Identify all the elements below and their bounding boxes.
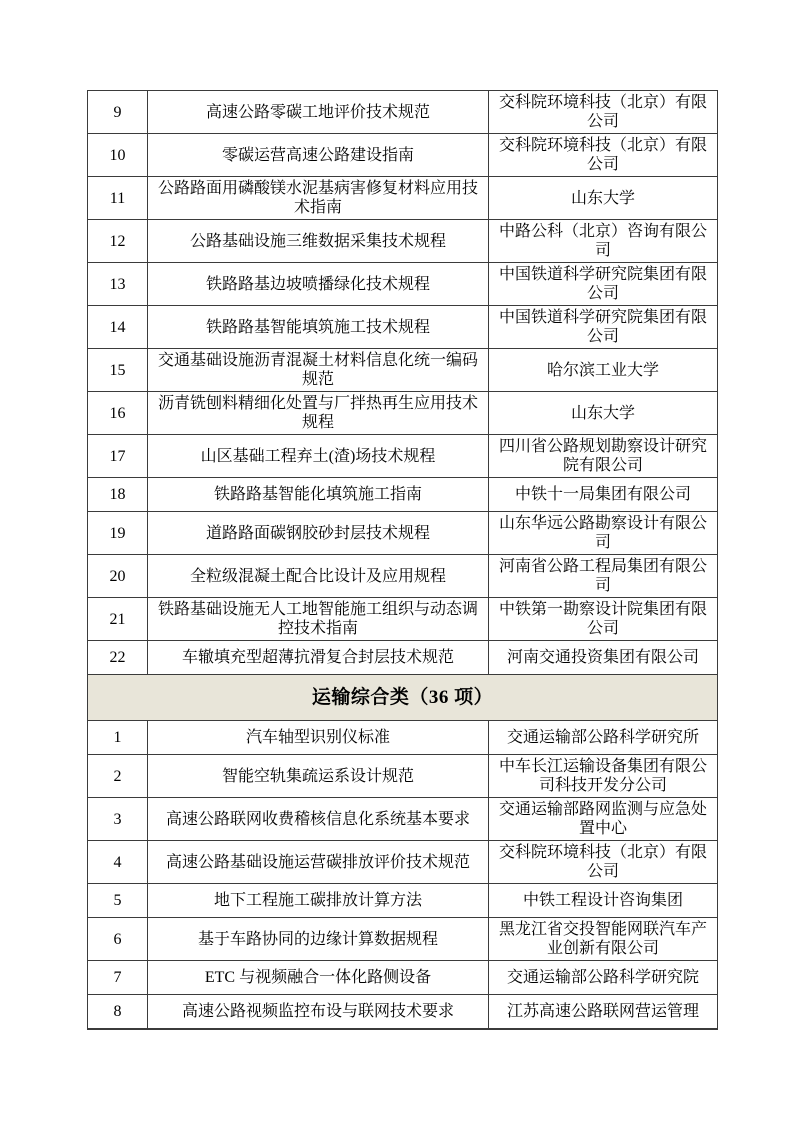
table-row: 8 高速公路视频监控布设与联网技术要求 江苏高速公路联网营运管理: [88, 995, 718, 1029]
standard-name-cell: 高速公路视频监控布设与联网技术要求: [148, 995, 489, 1029]
table-row: 6 基于车路协同的边缘计算数据规程 黑龙江省交投智能网联汽车产业创新有限公司: [88, 918, 718, 961]
row-number-cell: 21: [88, 598, 148, 641]
standard-name-cell: 公路路面用磷酸镁水泥基病害修复材料应用技术指南: [148, 177, 489, 220]
row-number-cell: 10: [88, 134, 148, 177]
table-row: 5 地下工程施工碳排放计算方法 中铁工程设计咨询集团: [88, 884, 718, 918]
table-row: 17 山区基础工程弃土(渣)场技术规程 四川省公路规划勘察设计研究院有限公司: [88, 435, 718, 478]
organization-cell: 中铁十一局集团有限公司: [489, 478, 718, 512]
table-row: 14 铁路路基智能填筑施工技术规程 中国铁道科学研究院集团有限公司: [88, 306, 718, 349]
table-row: 1 汽车轴型识别仪标准 交通运输部公路科学研究所: [88, 721, 718, 755]
table-row: 12 公路基础设施三维数据采集技术规程 中路公科（北京）咨询有限公司: [88, 220, 718, 263]
organization-cell: 交通运输部公路科学研究所: [489, 721, 718, 755]
organization-cell: 中国铁道科学研究院集团有限公司: [489, 263, 718, 306]
table-row: 11 公路路面用磷酸镁水泥基病害修复材料应用技术指南 山东大学: [88, 177, 718, 220]
table-row: 9 高速公路零碳工地评价技术规范 交科院环境科技（北京）有限公司: [88, 91, 718, 134]
row-number-cell: 20: [88, 555, 148, 598]
row-number-cell: 14: [88, 306, 148, 349]
row-number-cell: 17: [88, 435, 148, 478]
row-number-cell: 1: [88, 721, 148, 755]
standard-name-cell: ETC 与视频融合一体化路侧设备: [148, 961, 489, 995]
standard-name-cell: 全粒级混凝土配合比设计及应用规程: [148, 555, 489, 598]
row-number-cell: 12: [88, 220, 148, 263]
organization-cell: 中国铁道科学研究院集团有限公司: [489, 306, 718, 349]
row-number-cell: 7: [88, 961, 148, 995]
organization-cell: 河南交通投资集团有限公司: [489, 641, 718, 675]
table-row: 16 沥青铣刨料精细化处置与厂拌热再生应用技术规程 山东大学: [88, 392, 718, 435]
row-number-cell: 18: [88, 478, 148, 512]
row-number-cell: 2: [88, 755, 148, 798]
standard-name-cell: 公路基础设施三维数据采集技术规程: [148, 220, 489, 263]
table-row: 7 ETC 与视频融合一体化路侧设备 交通运输部公路科学研究院: [88, 961, 718, 995]
standard-name-cell: 铁路基础设施无人工地智能施工组织与动态调控技术指南: [148, 598, 489, 641]
standard-name-cell: 地下工程施工碳排放计算方法: [148, 884, 489, 918]
organization-cell: 山东大学: [489, 392, 718, 435]
standard-name-cell: 智能空轨集疏运系设计规范: [148, 755, 489, 798]
standard-name-cell: 零碳运营高速公路建设指南: [148, 134, 489, 177]
table-row: 21 铁路基础设施无人工地智能施工组织与动态调控技术指南 中铁第一勘察设计院集团…: [88, 598, 718, 641]
organization-cell: 中铁工程设计咨询集团: [489, 884, 718, 918]
organization-cell: 交科院环境科技（北京）有限公司: [489, 134, 718, 177]
standard-name-cell: 汽车轴型识别仪标准: [148, 721, 489, 755]
standard-name-cell: 交通基础设施沥青混凝土材料信息化统一编码规范: [148, 349, 489, 392]
standards-table: 9 高速公路零碳工地评价技术规范 交科院环境科技（北京）有限公司 10 零碳运营…: [87, 90, 718, 1030]
table-row: 18 铁路路基智能化填筑施工指南 中铁十一局集团有限公司: [88, 478, 718, 512]
row-number-cell: 22: [88, 641, 148, 675]
table-row: 15 交通基础设施沥青混凝土材料信息化统一编码规范 哈尔滨工业大学: [88, 349, 718, 392]
table-row: 22 车辙填充型超薄抗滑复合封层技术规范 河南交通投资集团有限公司: [88, 641, 718, 675]
row-number-cell: 9: [88, 91, 148, 134]
organization-cell: 哈尔滨工业大学: [489, 349, 718, 392]
organization-cell: 交通运输部路网监测与应急处置中心: [489, 798, 718, 841]
section-continued-body: 9 高速公路零碳工地评价技术规范 交科院环境科技（北京）有限公司 10 零碳运营…: [88, 91, 718, 675]
standard-name-cell: 山区基础工程弃土(渣)场技术规程: [148, 435, 489, 478]
organization-cell: 交科院环境科技（北京）有限公司: [489, 91, 718, 134]
standard-name-cell: 铁路路基边坡喷播绿化技术规程: [148, 263, 489, 306]
organization-cell: 交科院环境科技（北京）有限公司: [489, 841, 718, 884]
standard-name-cell: 沥青铣刨料精细化处置与厂拌热再生应用技术规程: [148, 392, 489, 435]
standard-name-cell: 基于车路协同的边缘计算数据规程: [148, 918, 489, 961]
organization-cell: 河南省公路工程局集团有限公司: [489, 555, 718, 598]
organization-cell: 中铁第一勘察设计院集团有限公司: [489, 598, 718, 641]
standard-name-cell: 车辙填充型超薄抗滑复合封层技术规范: [148, 641, 489, 675]
section-title: 运输综合类（36 项）: [88, 675, 718, 721]
standard-name-cell: 高速公路基础设施运营碳排放评价技术规范: [148, 841, 489, 884]
row-number-cell: 5: [88, 884, 148, 918]
standard-name-cell: 铁路路基智能填筑施工技术规程: [148, 306, 489, 349]
table-row: 13 铁路路基边坡喷播绿化技术规程 中国铁道科学研究院集团有限公司: [88, 263, 718, 306]
standard-name-cell: 高速公路零碳工地评价技术规范: [148, 91, 489, 134]
organization-cell: 江苏高速公路联网营运管理: [489, 995, 718, 1029]
table-row: 20 全粒级混凝土配合比设计及应用规程 河南省公路工程局集团有限公司: [88, 555, 718, 598]
table-row: 4 高速公路基础设施运营碳排放评价技术规范 交科院环境科技（北京）有限公司: [88, 841, 718, 884]
organization-cell: 山东大学: [489, 177, 718, 220]
organization-cell: 交通运输部公路科学研究院: [489, 961, 718, 995]
organization-cell: 黑龙江省交投智能网联汽车产业创新有限公司: [489, 918, 718, 961]
table-row: 3 高速公路联网收费稽核信息化系统基本要求 交通运输部路网监测与应急处置中心: [88, 798, 718, 841]
row-number-cell: 19: [88, 512, 148, 555]
document-page: 9 高速公路零碳工地评价技术规范 交科院环境科技（北京）有限公司 10 零碳运营…: [0, 0, 800, 1130]
standard-name-cell: 道路路面碳钢胶砂封层技术规程: [148, 512, 489, 555]
row-number-cell: 8: [88, 995, 148, 1029]
organization-cell: 中车长江运输设备集团有限公司科技开发分公司: [489, 755, 718, 798]
table-row: 2 智能空轨集疏运系设计规范 中车长江运输设备集团有限公司科技开发分公司: [88, 755, 718, 798]
row-number-cell: 6: [88, 918, 148, 961]
row-number-cell: 11: [88, 177, 148, 220]
row-number-cell: 16: [88, 392, 148, 435]
section-transport-header: 运输综合类（36 项）: [88, 675, 718, 721]
table-row: 19 道路路面碳钢胶砂封层技术规程 山东华远公路勘察设计有限公司: [88, 512, 718, 555]
row-number-cell: 15: [88, 349, 148, 392]
standard-name-cell: 铁路路基智能化填筑施工指南: [148, 478, 489, 512]
row-number-cell: 4: [88, 841, 148, 884]
standard-name-cell: 高速公路联网收费稽核信息化系统基本要求: [148, 798, 489, 841]
organization-cell: 山东华远公路勘察设计有限公司: [489, 512, 718, 555]
section-transport-body: 1 汽车轴型识别仪标准 交通运输部公路科学研究所 2 智能空轨集疏运系设计规范 …: [88, 721, 718, 1029]
section-header-row: 运输综合类（36 项）: [88, 675, 718, 721]
organization-cell: 中路公科（北京）咨询有限公司: [489, 220, 718, 263]
organization-cell: 四川省公路规划勘察设计研究院有限公司: [489, 435, 718, 478]
table-row: 10 零碳运营高速公路建设指南 交科院环境科技（北京）有限公司: [88, 134, 718, 177]
row-number-cell: 3: [88, 798, 148, 841]
row-number-cell: 13: [88, 263, 148, 306]
